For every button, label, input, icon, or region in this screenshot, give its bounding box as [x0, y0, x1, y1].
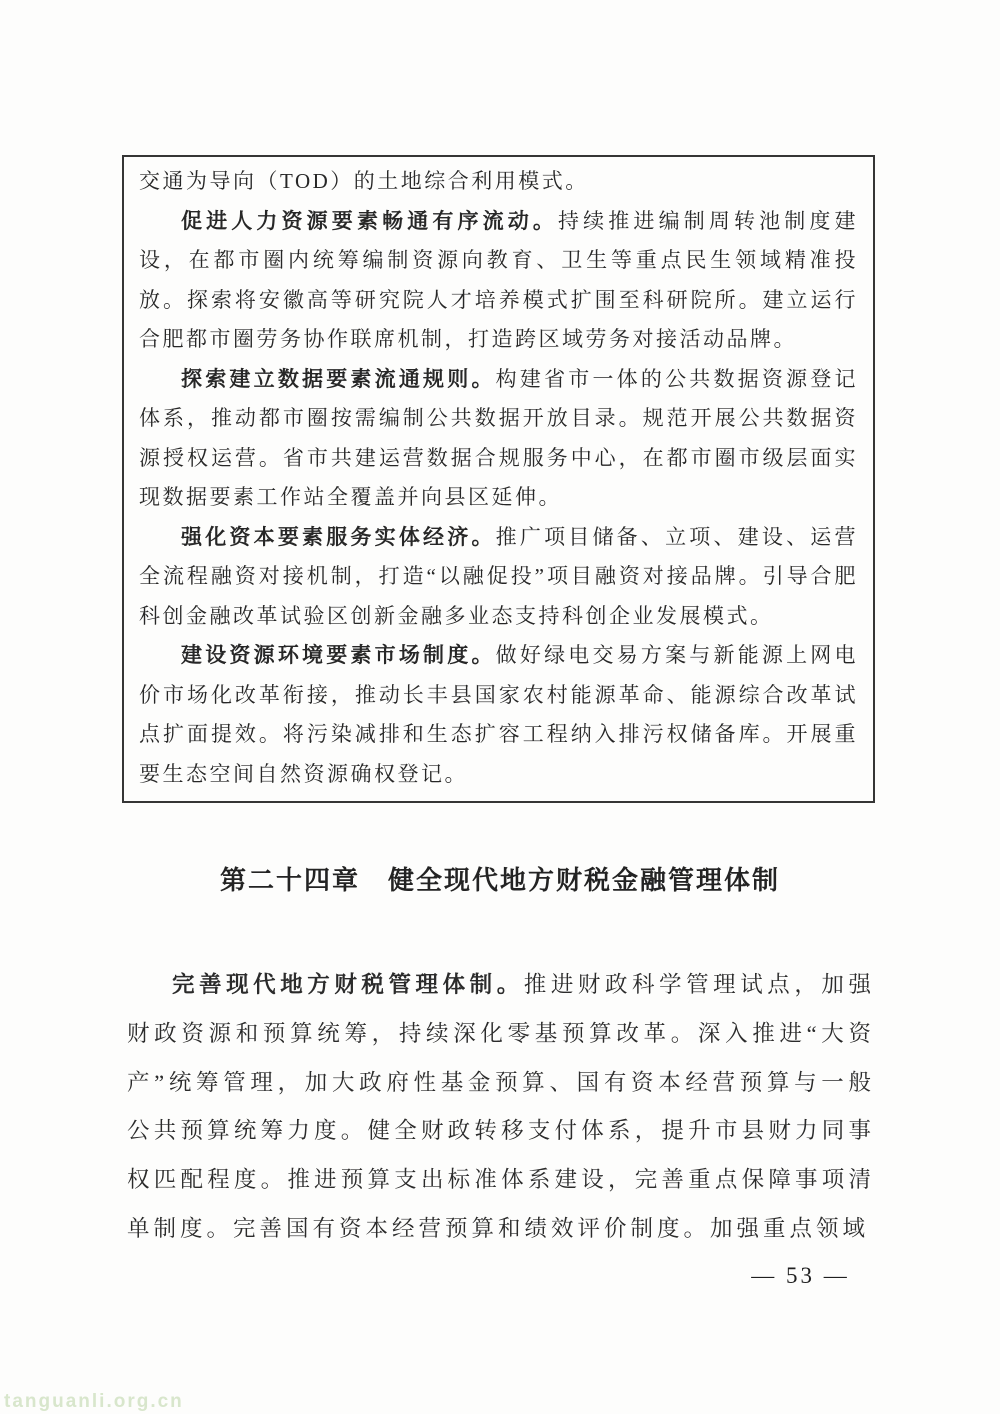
paragraph-lead: 强化资本要素服务实体经济。 [181, 525, 496, 549]
paragraph: 强化资本要素服务实体经济。推广项目储备、立项、建设、运营全流程融资对接机制，打造… [139, 518, 858, 637]
paragraph-continuation: 交通为导向（TOD）的土地综合利用模式。 [139, 162, 858, 202]
paragraph-text: 推进财政科学管理试点，加强财政资源和预算统筹，持续深化零基预算改革。深入推进“大… [127, 972, 875, 1241]
paragraph-lead: 促进人力资源要素畅通有序流动。 [181, 209, 558, 233]
page-number: — 53 — [738, 1263, 863, 1289]
paragraph: 促进人力资源要素畅通有序流动。持续推进编制周转池制度建设，在都市圈内统筹编制资源… [139, 202, 858, 360]
watermark: tanguanli.org.cn [4, 1391, 184, 1413]
paragraph-lead: 探索建立数据要素流通规则。 [181, 367, 496, 391]
paragraph: 建设资源环境要素市场制度。做好绿电交易方案与新能源上网电价市场化改革衔接，推动长… [139, 636, 858, 794]
chapter-heading: 第二十四章 健全现代地方财税金融管理体制 [0, 863, 1000, 897]
paragraph-lead: 完善现代地方财税管理体制。 [172, 972, 524, 997]
paragraph: 完善现代地方财税管理体制。推进财政科学管理试点，加强财政资源和预算统筹，持续深化… [127, 961, 875, 1254]
boxed-highlight-section: 交通为导向（TOD）的土地综合利用模式。 促进人力资源要素畅通有序流动。持续推进… [122, 155, 875, 803]
paragraph-text: 交通为导向（TOD）的土地综合利用模式。 [139, 169, 589, 193]
document-page: 交通为导向（TOD）的土地综合利用模式。 促进人力资源要素畅通有序流动。持续推进… [0, 0, 1000, 1414]
body-section: 完善现代地方财税管理体制。推进财政科学管理试点，加强财政资源和预算统筹，持续深化… [127, 961, 875, 1254]
paragraph-lead: 建设资源环境要素市场制度。 [181, 643, 496, 667]
paragraph: 探索建立数据要素流通规则。构建省市一体的公共数据资源登记体系，推动都市圈按需编制… [139, 360, 858, 518]
